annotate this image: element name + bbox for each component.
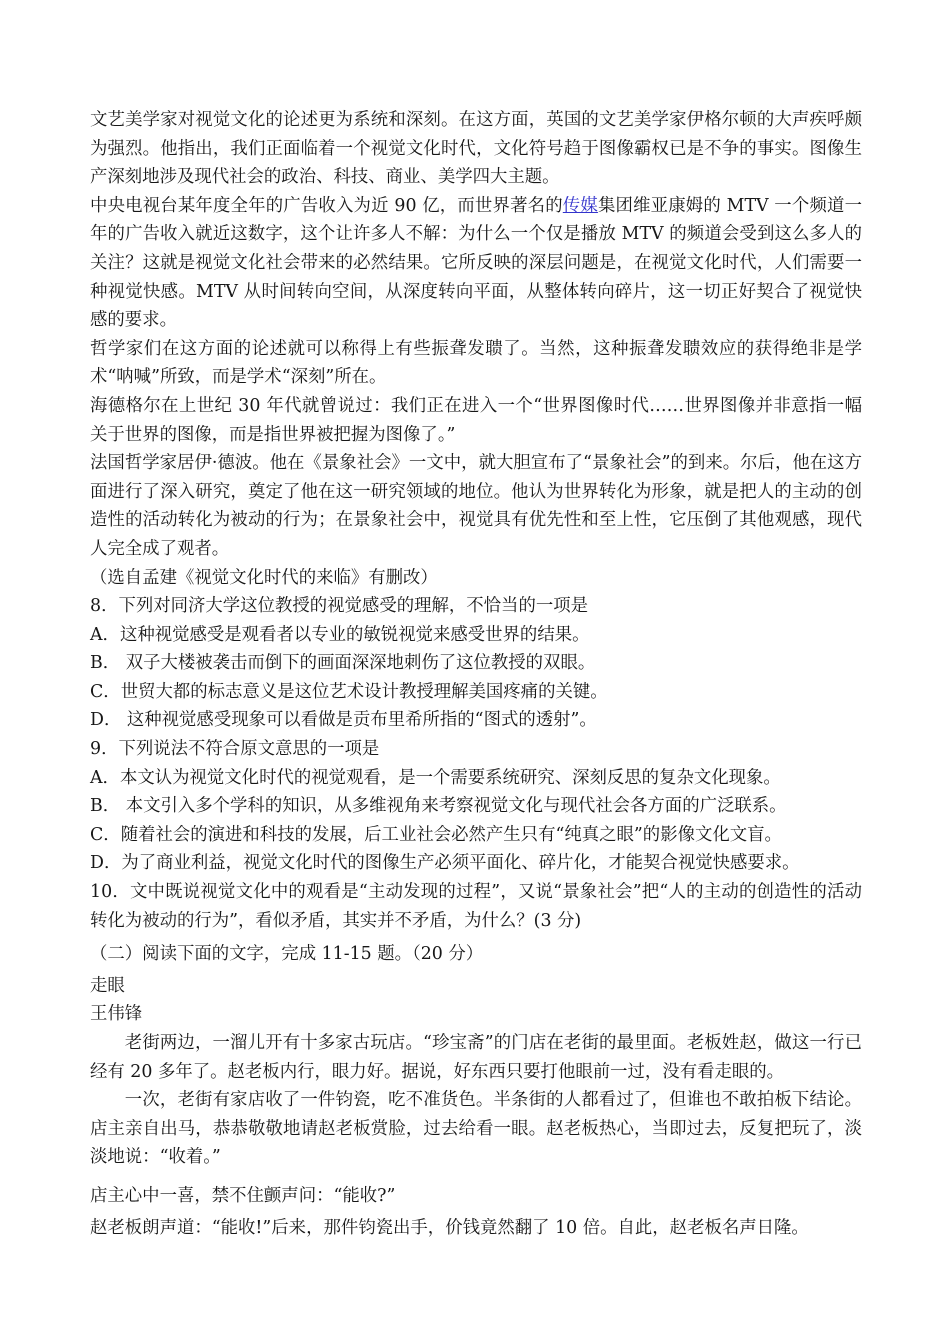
- question-9-option-c: C．随着社会的演进和科技的发展，后工业社会必然产生只有“纯真之眼”的影像文化文盲…: [90, 821, 862, 850]
- story-paragraph-3: 店主心中一喜，禁不住颤声问：“能收?”: [90, 1182, 862, 1211]
- story-paragraph-4: 赵老板朗声道：“能收!”后来，那件钧瓷出手，价钱竟然翻了 10 倍。自此，赵老板…: [90, 1214, 862, 1243]
- question-8-option-c: C．世贸大都的标志意义是这位艺术设计教授理解美国疼痛的关键。: [90, 678, 862, 707]
- question-8: 8．下列对同济大学这位教授的视觉感受的理解，不恰当的一项是: [90, 592, 862, 621]
- question-8-option-a: A．这种视觉感受是观看者以专业的敏锐视觉来感受世界的结果。: [90, 621, 862, 650]
- chuanmei-hyperlink[interactable]: 传媒: [563, 196, 598, 216]
- paragraph-heidegger: 海德格尔在上世纪 30 年代就曾说过：我们正在进入一个“世界图像时代……世界图像…: [90, 392, 862, 449]
- story-author: 王伟锋: [90, 1000, 862, 1029]
- story-paragraph-2: 一次，老街有家店收了一件钧瓷，吃不准货色。半条街的人都看过了，但谁也不敢拍板下结…: [90, 1086, 862, 1172]
- story-title: 走眼: [90, 972, 862, 1001]
- paragraph-cctv-mtv: 中央电视台某年度全年的广告收入为近 90 亿，而世界著名的传媒集团维亚康姆的 M…: [90, 192, 862, 335]
- question-10: 10．文中既说视觉文化中的观看是“主动发现的过程”，又说“景象社会”把“人的主动…: [90, 878, 862, 935]
- document-body: 文艺美学家对视觉文化的论述更为系统和深刻。在这方面，英国的文艺美学家伊格尔顿的大…: [90, 106, 862, 1242]
- question-9: 9．下列说法不符合原文意思的一项是: [90, 735, 862, 764]
- question-9-option-b: B． 本文引入多个学科的知识，从多维视角来考察视觉文化与现代社会各方面的广泛联系…: [90, 792, 862, 821]
- question-9-option-d: D．为了商业利益，视觉文化时代的图像生产必须平面化、碎片化，才能契合视觉快感要求…: [90, 849, 862, 878]
- paragraph-aesthetics-intro: 文艺美学家对视觉文化的论述更为系统和深刻。在这方面，英国的文艺美学家伊格尔顿的大…: [90, 106, 862, 192]
- question-8-option-d: D． 这种视觉感受现象可以看做是贡布里希所指的“图式的透射”。: [90, 706, 862, 735]
- paragraph-cctv-before-link: 中央电视台某年度全年的广告收入为近 90 亿，而世界著名的: [90, 196, 563, 216]
- paragraph-debord: 法国哲学家居伊·德波。他在《景象社会》一文中，就大胆宣布了“景象社会”的到来。尔…: [90, 449, 862, 563]
- question-8-option-b: B． 双子大楼被袭击而倒下的画面深深地刺伤了这位教授的双眼。: [90, 649, 862, 678]
- source-attribution: （选自孟建《视觉文化时代的来临》有删改）: [90, 564, 862, 593]
- question-9-option-a: A．本文认为视觉文化时代的视觉观看，是一个需要系统研究、深刻反思的复杂文化现象。: [90, 764, 862, 793]
- section-2-instruction: （二）阅读下面的文字，完成 11-15 题。（20 分）: [90, 940, 862, 969]
- paragraph-philosophers: 哲学家们在这方面的论述就可以称得上有些振聋发聩了。当然，这种振聋发聩效应的获得绝…: [90, 335, 862, 392]
- document-page: 文艺美学家对视觉文化的论述更为系统和深刻。在这方面，英国的文艺美学家伊格尔顿的大…: [0, 0, 950, 1344]
- story-paragraph-1: 老街两边，一溜儿开有十多家古玩店。“珍宝斋”的门店在老街的最里面。老板姓赵，做这…: [90, 1029, 862, 1086]
